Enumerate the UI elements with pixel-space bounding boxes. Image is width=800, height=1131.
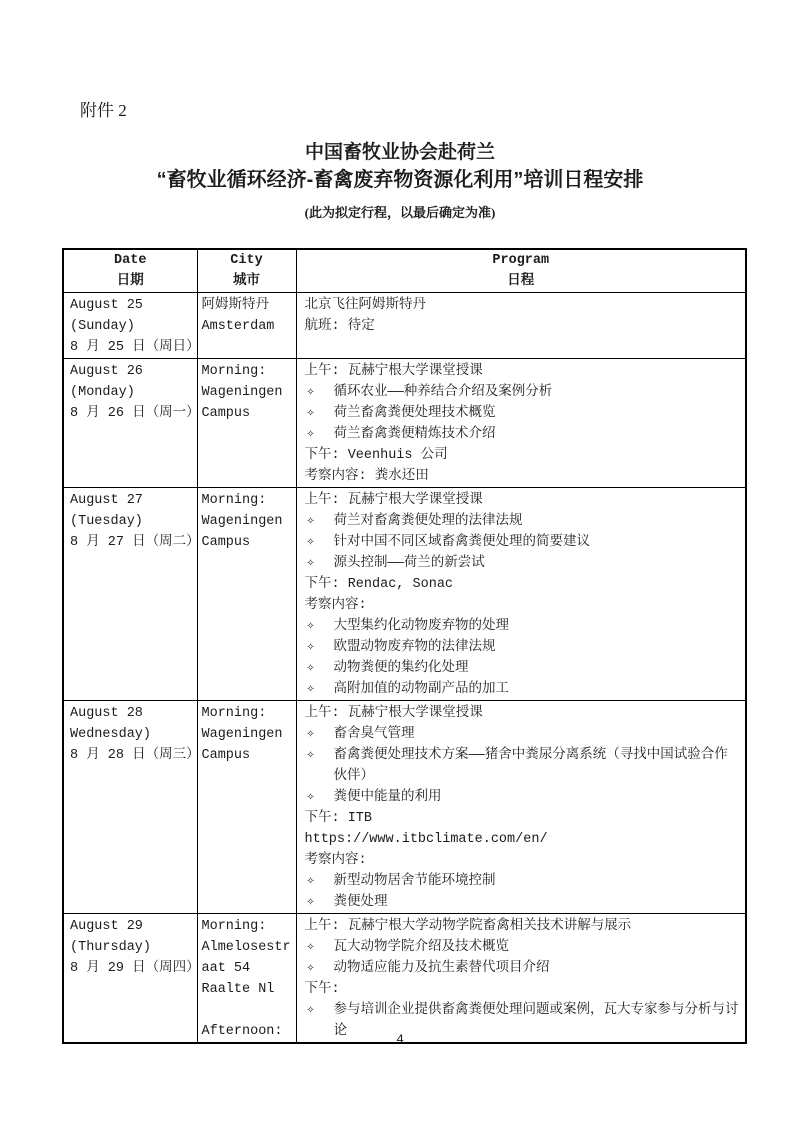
diamond-bullet-icon: ✧ [307, 679, 315, 700]
date-cell: August 25(Sunday)8 月 25 日（周日） [63, 293, 197, 359]
city-cell: Morning:WageningenCampus [197, 488, 296, 701]
table-row: August 26(Monday)8 月 26 日（周一）Morning:Wag… [63, 359, 746, 488]
diamond-bullet-icon: ✧ [307, 937, 315, 958]
city-cell: Morning:WageningenCampus [197, 359, 296, 488]
program-line: 下午: Veenhuis 公司 [305, 445, 740, 466]
city-line: aat 54 [202, 958, 294, 979]
diamond-bullet-icon: ✧ [307, 637, 315, 658]
program-line: 航班: 待定 [305, 316, 740, 337]
city-line: 阿姆斯特丹 [202, 295, 294, 316]
program-line: 下午: Rendac, Sonac [305, 574, 740, 595]
city-line: Morning: [202, 703, 294, 724]
diamond-bullet-icon: ✧ [307, 616, 315, 637]
date-line: August 29 [70, 916, 193, 937]
document-title-line2: “畜牧业循环经济-畜禽废弃物资源化利用”培训日程安排 [0, 166, 800, 194]
program-line: 考察内容: [305, 850, 740, 871]
date-cell: August 26(Monday)8 月 26 日（周一） [63, 359, 197, 488]
program-line: ✧粪便中能量的利用 [305, 787, 740, 808]
header-cell-city: City 城市 [197, 249, 296, 293]
program-line: ✧欧盟动物废弃物的法律法规 [305, 637, 740, 658]
date-line: August 28 [70, 703, 193, 724]
diamond-bullet-icon: ✧ [307, 553, 315, 574]
city-line: Raalte Nl [202, 979, 294, 1000]
city-cell: Morning:Almelosestraat 54Raalte Nl After… [197, 914, 296, 1044]
header-program-en: Program [297, 250, 746, 271]
diamond-bullet-icon: ✧ [307, 724, 315, 745]
date-line: 8 月 28 日（周三） [70, 745, 193, 766]
date-line: 8 月 29 日（周四） [70, 958, 193, 979]
date-line: (Tuesday) [70, 511, 193, 532]
date-line: 8 月 25 日（周日） [70, 337, 193, 358]
program-line: 下午: ITB [305, 808, 740, 829]
header-city-zh: 城市 [198, 271, 296, 292]
schedule-table: Date 日期 City 城市 Program 日程 August 25(Sun… [62, 248, 747, 1044]
program-line: ✧新型动物居舍节能环境控制 [305, 871, 740, 892]
date-line: 8 月 26 日（周一） [70, 403, 193, 424]
program-line: 上午: 瓦赫宁根大学动物学院畜禽相关技术讲解与展示 [305, 916, 740, 937]
program-line: ✧荷兰畜禽粪便精炼技术介绍 [305, 424, 740, 445]
diamond-bullet-icon: ✧ [307, 403, 315, 424]
header-cell-program: Program 日程 [296, 249, 746, 293]
diamond-bullet-icon: ✧ [307, 1000, 315, 1021]
program-line: ✧粪便处理 [305, 892, 740, 913]
city-line: Amsterdam [202, 316, 294, 337]
attachment-label: 附件 2 [80, 96, 127, 121]
diamond-bullet-icon: ✧ [307, 382, 315, 403]
diamond-bullet-icon: ✧ [307, 892, 315, 913]
date-line: (Thursday) [70, 937, 193, 958]
city-line: Morning: [202, 361, 294, 382]
program-line: 北京飞往阿姆斯特丹 [305, 295, 740, 316]
page-number: 4 [0, 1032, 800, 1047]
diamond-bullet-icon: ✧ [307, 787, 315, 808]
city-line: Campus [202, 532, 294, 553]
program-line: ✧瓦大动物学院介绍及技术概览 [305, 937, 740, 958]
diamond-bullet-icon: ✧ [307, 745, 315, 766]
date-line: August 27 [70, 490, 193, 511]
program-line: ✧动物粪便的集约化处理 [305, 658, 740, 679]
diamond-bullet-icon: ✧ [307, 658, 315, 679]
date-line: (Monday) [70, 382, 193, 403]
diamond-bullet-icon: ✧ [307, 424, 315, 445]
program-line: ✧荷兰畜禽粪便处理技术概览 [305, 403, 740, 424]
document-header: 中国畜牧业协会赴荷兰 “畜牧业循环经济-畜禽废弃物资源化利用”培训日程安排 (此… [0, 140, 800, 221]
program-cell: 上午: 瓦赫宁根大学课堂授课✧畜舍臭气管理✧畜禽粪便处理技术方案——猪舍中粪尿分… [296, 701, 746, 914]
city-line: Campus [202, 403, 294, 424]
program-cell: 上午: 瓦赫宁根大学课堂授课✧荷兰对畜禽粪便处理的法律法规✧针对中国不同区域畜禽… [296, 488, 746, 701]
program-line: ✧高附加值的动物副产品的加工 [305, 679, 740, 700]
table-row: August 27(Tuesday)8 月 27 日（周二）Morning:Wa… [63, 488, 746, 701]
program-line: 下午: [305, 979, 740, 1000]
city-line: Wageningen [202, 382, 294, 403]
program-cell: 上午: 瓦赫宁根大学课堂授课✧循环农业——种养结合介绍及案例分析✧荷兰畜禽粪便处… [296, 359, 746, 488]
city-line: Almelosestr [202, 937, 294, 958]
date-line: 8 月 27 日（周二） [70, 532, 193, 553]
program-line: ✧针对中国不同区域畜禽粪便处理的简要建议 [305, 532, 740, 553]
program-line: ✧大型集约化动物废弃物的处理 [305, 616, 740, 637]
diamond-bullet-icon: ✧ [307, 532, 315, 553]
diamond-bullet-icon: ✧ [307, 871, 315, 892]
program-line: 考察内容: 粪水还田 [305, 466, 740, 487]
table-header-row: Date 日期 City 城市 Program 日程 [63, 249, 746, 293]
program-line: 考察内容: [305, 595, 740, 616]
date-line: (Sunday) [70, 316, 193, 337]
date-cell: August 28Wednesday)8 月 28 日（周三） [63, 701, 197, 914]
table-row: August 28Wednesday)8 月 28 日（周三）Morning:W… [63, 701, 746, 914]
city-cell: Morning:WageningenCampus [197, 701, 296, 914]
document-title-line1: 中国畜牧业协会赴荷兰 [0, 140, 800, 166]
header-cell-date: Date 日期 [63, 249, 197, 293]
diamond-bullet-icon: ✧ [307, 958, 315, 979]
table-row: August 29(Thursday)8 月 29 日（周四）Morning:A… [63, 914, 746, 1044]
city-line: Wageningen [202, 724, 294, 745]
city-line: Morning: [202, 490, 294, 511]
date-line: August 25 [70, 295, 193, 316]
program-line: ✧荷兰对畜禽粪便处理的法律法规 [305, 511, 740, 532]
city-line: Morning: [202, 916, 294, 937]
program-line: 上午: 瓦赫宁根大学课堂授课 [305, 361, 740, 382]
program-cell: 上午: 瓦赫宁根大学动物学院畜禽相关技术讲解与展示✧瓦大动物学院介绍及技术概览✧… [296, 914, 746, 1044]
program-cell: 北京飞往阿姆斯特丹航班: 待定 [296, 293, 746, 359]
program-line: https://www.itbclimate.com/en/ [305, 829, 740, 850]
program-line: ✧源头控制——荷兰的新尝试 [305, 553, 740, 574]
program-line: 上午: 瓦赫宁根大学课堂授课 [305, 703, 740, 724]
table-row: August 25(Sunday)8 月 25 日（周日）阿姆斯特丹Amster… [63, 293, 746, 359]
date-cell: August 29(Thursday)8 月 29 日（周四） [63, 914, 197, 1044]
date-line: Wednesday) [70, 724, 193, 745]
program-line: ✧动物适应能力及抗生素替代项目介绍 [305, 958, 740, 979]
city-line [202, 1000, 294, 1021]
header-city-en: City [198, 250, 296, 271]
program-line: ✧循环农业——种养结合介绍及案例分析 [305, 382, 740, 403]
program-line: ✧畜禽粪便处理技术方案——猪舍中粪尿分离系统（寻找中国试验合作伙伴） [305, 745, 740, 787]
city-line: Wageningen [202, 511, 294, 532]
header-date-zh: 日期 [64, 271, 197, 292]
header-program-zh: 日程 [297, 271, 746, 292]
city-cell: 阿姆斯特丹Amsterdam [197, 293, 296, 359]
date-cell: August 27(Tuesday)8 月 27 日（周二） [63, 488, 197, 701]
date-line: August 26 [70, 361, 193, 382]
document-subtitle: (此为拟定行程，以最后确定为准) [0, 202, 800, 221]
city-line: Campus [202, 745, 294, 766]
program-line: 上午: 瓦赫宁根大学课堂授课 [305, 490, 740, 511]
diamond-bullet-icon: ✧ [307, 511, 315, 532]
program-line: ✧畜舍臭气管理 [305, 724, 740, 745]
header-date-en: Date [64, 250, 197, 271]
